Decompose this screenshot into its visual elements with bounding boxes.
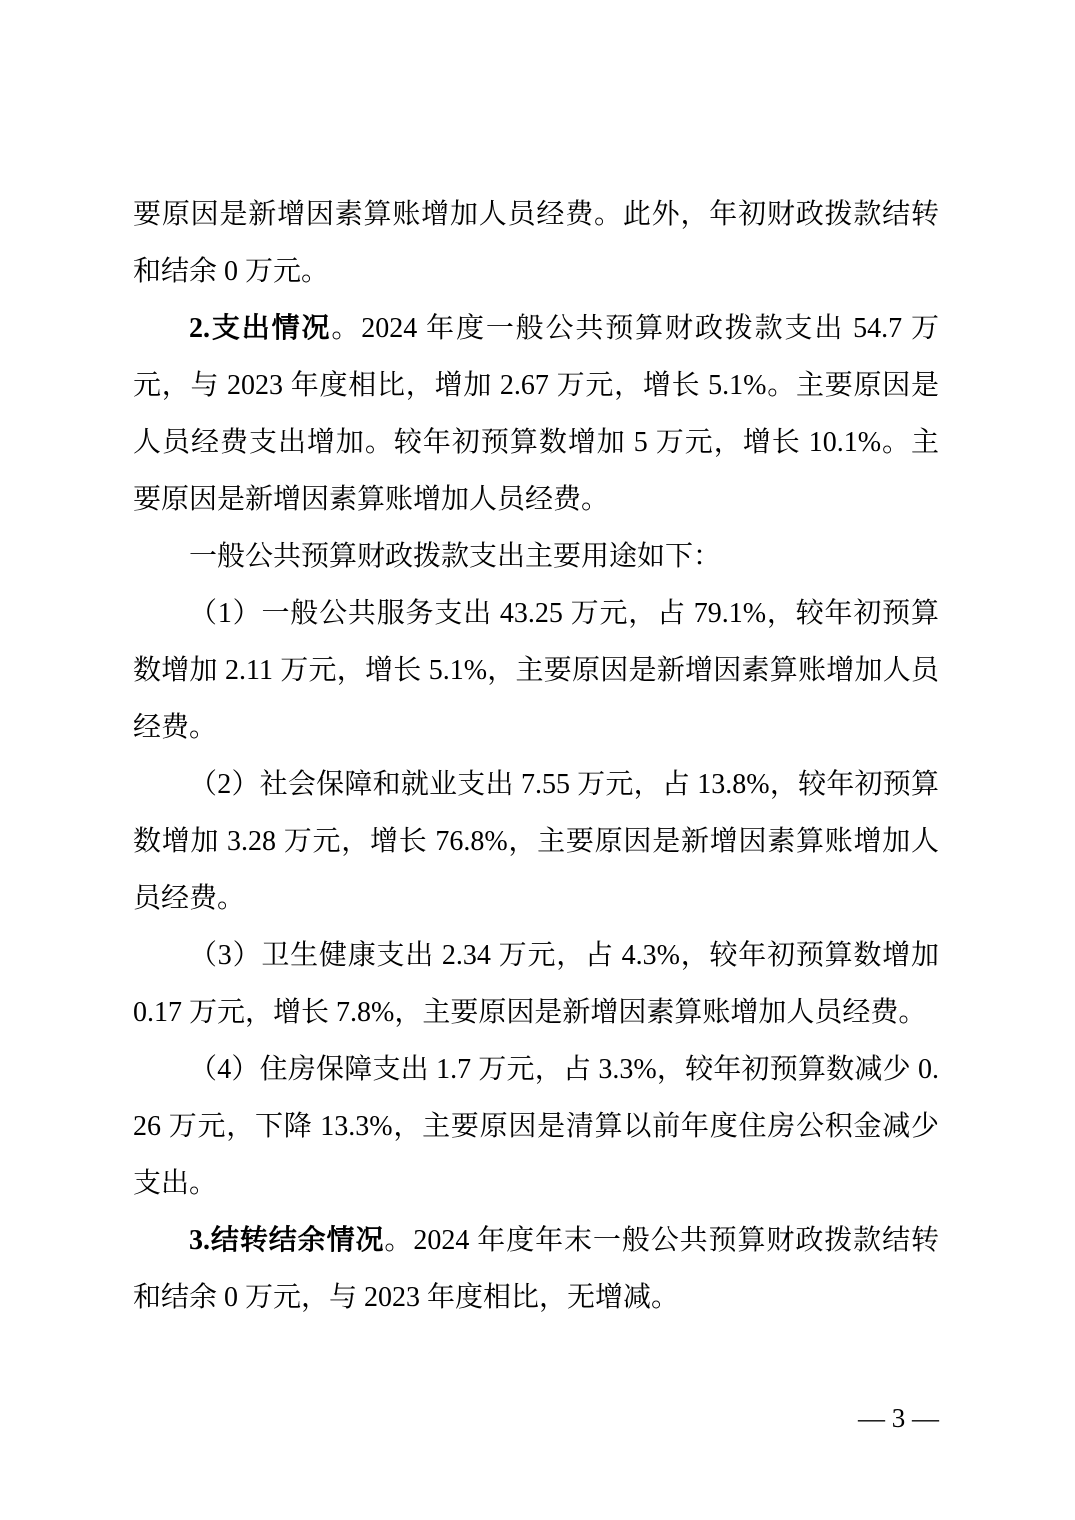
paragraph-expenditure-overview: 2.支出情况。2024 年度一般公共预算财政拨款支出 54.7 万元，与 202… <box>133 300 939 528</box>
paragraph-item-4-housing-security: （4）住房保障支出 1.7 万元，占 3.3%，较年初预算数减少 0.26 万元… <box>133 1041 939 1212</box>
paragraph-text: （1）一般公共服务支出 43.25 万元，占 79.1%，较年初预算数增加 2.… <box>133 598 939 743</box>
paragraph-item-3-health: （3）卫生健康支出 2.34 万元，占 4.3%，较年初预算数增加 0.17 万… <box>133 927 939 1041</box>
paragraph-item-2-social-security-employment: （2）社会保障和就业支出 7.55 万元，占 13.8%，较年初预算数增加 3.… <box>133 756 939 927</box>
paragraph-text: 要原因是新增因素算账增加人员经费。此外，年初财政拨款结转和结余 0 万元。 <box>133 199 939 287</box>
page-footer: — 3 — <box>133 1398 939 1438</box>
paragraph-carryover-balance: 3.结转结余情况。2024 年度年末一般公共预算财政拨款结转和结余 0 万元，与… <box>133 1212 939 1326</box>
page-number: — 3 — <box>858 1403 939 1433</box>
paragraph-usage-intro: 一般公共预算财政拨款支出主要用途如下： <box>133 528 939 585</box>
paragraph-text: （2）社会保障和就业支出 7.55 万元，占 13.8%，较年初预算数增加 3.… <box>133 769 939 914</box>
document-body: 要原因是新增因素算账增加人员经费。此外，年初财政拨款结转和结余 0 万元。 2.… <box>133 186 939 1326</box>
paragraph-text: （4）住房保障支出 1.7 万元，占 3.3%，较年初预算数减少 0.26 万元… <box>133 1054 939 1199</box>
paragraph-heading-bold: 3.结转结余情况 <box>189 1225 384 1256</box>
paragraph-item-1-general-public-services: （1）一般公共服务支出 43.25 万元，占 79.1%，较年初预算数增加 2.… <box>133 585 939 756</box>
paragraph-text: （3）卫生健康支出 2.34 万元，占 4.3%，较年初预算数增加 0.17 万… <box>133 940 939 1028</box>
paragraph-carryover-continuation: 要原因是新增因素算账增加人员经费。此外，年初财政拨款结转和结余 0 万元。 <box>133 186 939 300</box>
paragraph-text: 一般公共预算财政拨款支出主要用途如下： <box>189 541 721 572</box>
paragraph-heading-bold: 2.支出情况 <box>189 313 331 344</box>
